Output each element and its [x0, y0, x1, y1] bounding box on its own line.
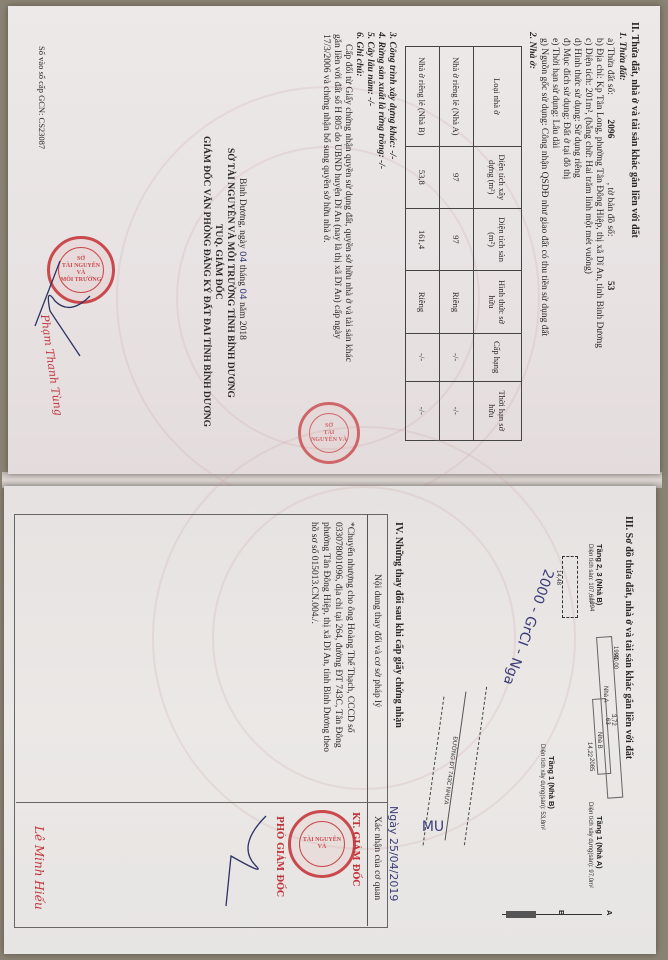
- col-header: Thời hạn sở hữu: [474, 381, 522, 440]
- register-number: Số vào sổ cấp GCN: CS23087: [36, 46, 48, 149]
- change-entry-line: phường Tân Đông Hiệp, thị xã Dĩ An, tỉnh…: [320, 522, 332, 752]
- cell: Nhà ở riêng lẻ (Nhà A): [440, 47, 474, 147]
- neighbor-parcel: 2085: [588, 758, 594, 771]
- land-origin: g) Nguồn gốc sử dụng: Công nhận QSDĐ như…: [538, 38, 550, 336]
- notes-heading: 6. Ghi chú:: [353, 32, 365, 77]
- north-label-a: A: [605, 910, 614, 915]
- col-header: Cấp hạng: [474, 333, 522, 381]
- cell: -/-: [440, 333, 474, 381]
- nha-b-label: Nhà B: [596, 732, 602, 749]
- map-value: 53: [605, 281, 615, 291]
- perennial-trees: 5. Cây lâu năm: -/-: [364, 32, 376, 106]
- planted-forest: 4. Rừng sản xuất là rừng trồng: -/-: [375, 32, 387, 169]
- land-parcel-no: a) Thửa đất số: 2096 , tờ bản đồ số: 53: [604, 38, 616, 290]
- cell: Riêng: [440, 271, 474, 334]
- nha-a-label: Nhà A: [602, 686, 608, 702]
- land-area: c) Diện tích: 201m², (bằng chữ: Hai trăm…: [582, 38, 594, 274]
- confirm-signature: [216, 806, 276, 916]
- map-label: , tờ bản đồ số:: [605, 183, 615, 237]
- signing-org: SỞ TÀI NGUYÊN VÀ MÔI TRƯỜNG TỈNH BÌNH DƯ…: [224, 148, 236, 398]
- neighbor-parcel: 1994: [588, 598, 594, 611]
- signing-tuq: TUQ. GIÁM ĐỐC: [212, 224, 224, 300]
- month-label: tháng: [237, 265, 247, 286]
- land-heading: 1. Thửa đất:: [616, 32, 628, 81]
- section-4-header-divider: [367, 514, 368, 926]
- notes-line: Cấp đổi từ Giấy chứng nhận quyền sử dụng…: [342, 44, 354, 362]
- date-month: 04: [237, 288, 247, 299]
- signing-title: GIÁM ĐỐC VĂN PHÒNG ĐĂNG KÝ ĐẤT ĐAI TỈNH …: [200, 136, 212, 427]
- col-content-header: Nội dung thay đổi và cơ sở pháp lý: [371, 574, 383, 708]
- handwritten-initials: MU: [422, 819, 444, 835]
- confirm-title-1: KT. GIÁM ĐỐC: [350, 812, 360, 886]
- page-iii-iv: III. Sơ đồ thửa đất, nhà ở và tài sản kh…: [4, 486, 656, 954]
- floor1b-label: Tầng 1 (Nhà B): [547, 756, 556, 809]
- change-entry-line: 033078001096, địa chỉ tại 264, đường ĐT …: [332, 522, 344, 748]
- photographed-certificate: II. Thửa đất, nhà ở và tài sản khác gắn …: [0, 0, 668, 960]
- land-usage-term: e) Thời hạn sử dụng: Lâu dài: [549, 38, 561, 148]
- dimension: 14,22: [586, 742, 592, 757]
- page-ii: II. Thửa đất, nhà ở và tài sản khác gắn …: [8, 6, 660, 474]
- floor1a-area: Diện tích xây dựng(sàn): 97,0m²: [587, 802, 593, 888]
- cell: Riêng: [406, 271, 440, 334]
- cell: 53,8: [406, 146, 440, 208]
- notes-line: 17/3/2006 và chứng nhận bổ sung quyền sở…: [320, 34, 332, 242]
- year-label: năm 2018: [237, 302, 247, 340]
- cell: 97: [440, 208, 474, 270]
- change-entry-line: hồ sơ số 015013.CN.004./.: [308, 522, 320, 624]
- floor1a-label: Tầng 1 (Nhà A): [595, 816, 604, 869]
- floor23-area: Diện tích sàn: 107,6m²: [587, 544, 593, 604]
- dimension: 40,00: [612, 654, 618, 669]
- notes-line: gắn liền với đất số H 805 do UBND huyện …: [331, 34, 343, 339]
- signing-date: Bình Dương, ngày 04 tháng 04 năm 2018: [236, 178, 248, 340]
- date-prefix: Bình Dương, ngày: [237, 178, 247, 249]
- land-usage-form: d) Hình thức sử dụng: Sử dụng riêng: [571, 38, 583, 178]
- cell: 161,4: [406, 208, 440, 270]
- col-header: Loại nhà ở: [474, 47, 522, 147]
- section-3-title: III. Sơ đồ thửa đất, nhà ở và tài sản kh…: [622, 516, 634, 759]
- table-header-row: Loại nhà ở Diện tích xây dựng (m²) Diện …: [474, 47, 522, 441]
- dimension: 3,72: [610, 714, 616, 726]
- parcel-label: a) Thửa đất số:: [605, 38, 615, 95]
- land-usage-purpose: đ) Mục đích sử dụng: Đất ở tại đô thị: [560, 38, 572, 179]
- cell: -/-: [406, 333, 440, 381]
- stamp-text: TÀI NGUYÊN VÀ: [300, 837, 344, 851]
- col-header: Diện tích xây dựng (m²): [474, 146, 522, 208]
- date-day: 04: [237, 251, 247, 262]
- table-row: Nhà ở riêng lẻ (Nhà A) 97 97 Riêng -/- -…: [440, 47, 474, 441]
- land-address: b) Địa chỉ: Kp Tân Long, phường Tân Đông…: [593, 38, 605, 348]
- change-stamp: TÀI NGUYÊN VÀ: [288, 810, 356, 878]
- floor23-outline: [562, 556, 578, 618]
- north-arrow: A B: [496, 906, 616, 926]
- cell: -/-: [440, 381, 474, 440]
- house-heading: 2. Nhà ở:: [526, 32, 538, 69]
- change-entry-line: *Chuyển nhượng cho ông Hoàng Thế Thạch, …: [344, 522, 356, 733]
- col-confirm-header: Xác nhận của cơ quan: [371, 816, 383, 900]
- table-row: Nhà ở riêng lẻ (Nhà B) 53,8 161,4 Riêng …: [406, 47, 440, 441]
- section-2-title: II. Thửa đất, nhà ở và tài sản khác gắn …: [628, 22, 640, 238]
- cell: 97: [440, 146, 474, 208]
- stamp-inner: TÀI NGUYÊN VÀ: [299, 821, 345, 867]
- house-table: Loại nhà ở Diện tích xây dựng (m²) Diện …: [405, 46, 522, 441]
- section-4-col-divider: [16, 802, 388, 803]
- col-header: Hình thức sở hữu: [474, 271, 522, 334]
- floor23-label: Tầng 2, 3 (Nhà B): [595, 544, 604, 605]
- parcel-value: 2096: [605, 119, 615, 138]
- cell: Nhà ở riêng lẻ (Nhà B): [406, 47, 440, 147]
- signature-scribble: [30, 256, 100, 366]
- confirm-signer: Lê Minh Hiếu: [32, 826, 46, 910]
- col-header: Diện tích sàn (m²): [474, 208, 522, 270]
- arrow-tail: [506, 911, 536, 918]
- other-construction: 3. Công trình xây dựng khác: -/-: [386, 32, 398, 159]
- confirm-date: Ngày 25/04/2019: [387, 806, 400, 901]
- section-4-title: IV. Những thay đổi sau khi cấp giấy chứn…: [392, 522, 404, 728]
- floor1b-area: Diện tích xây dựng(sàn): 53,8m²: [539, 744, 545, 830]
